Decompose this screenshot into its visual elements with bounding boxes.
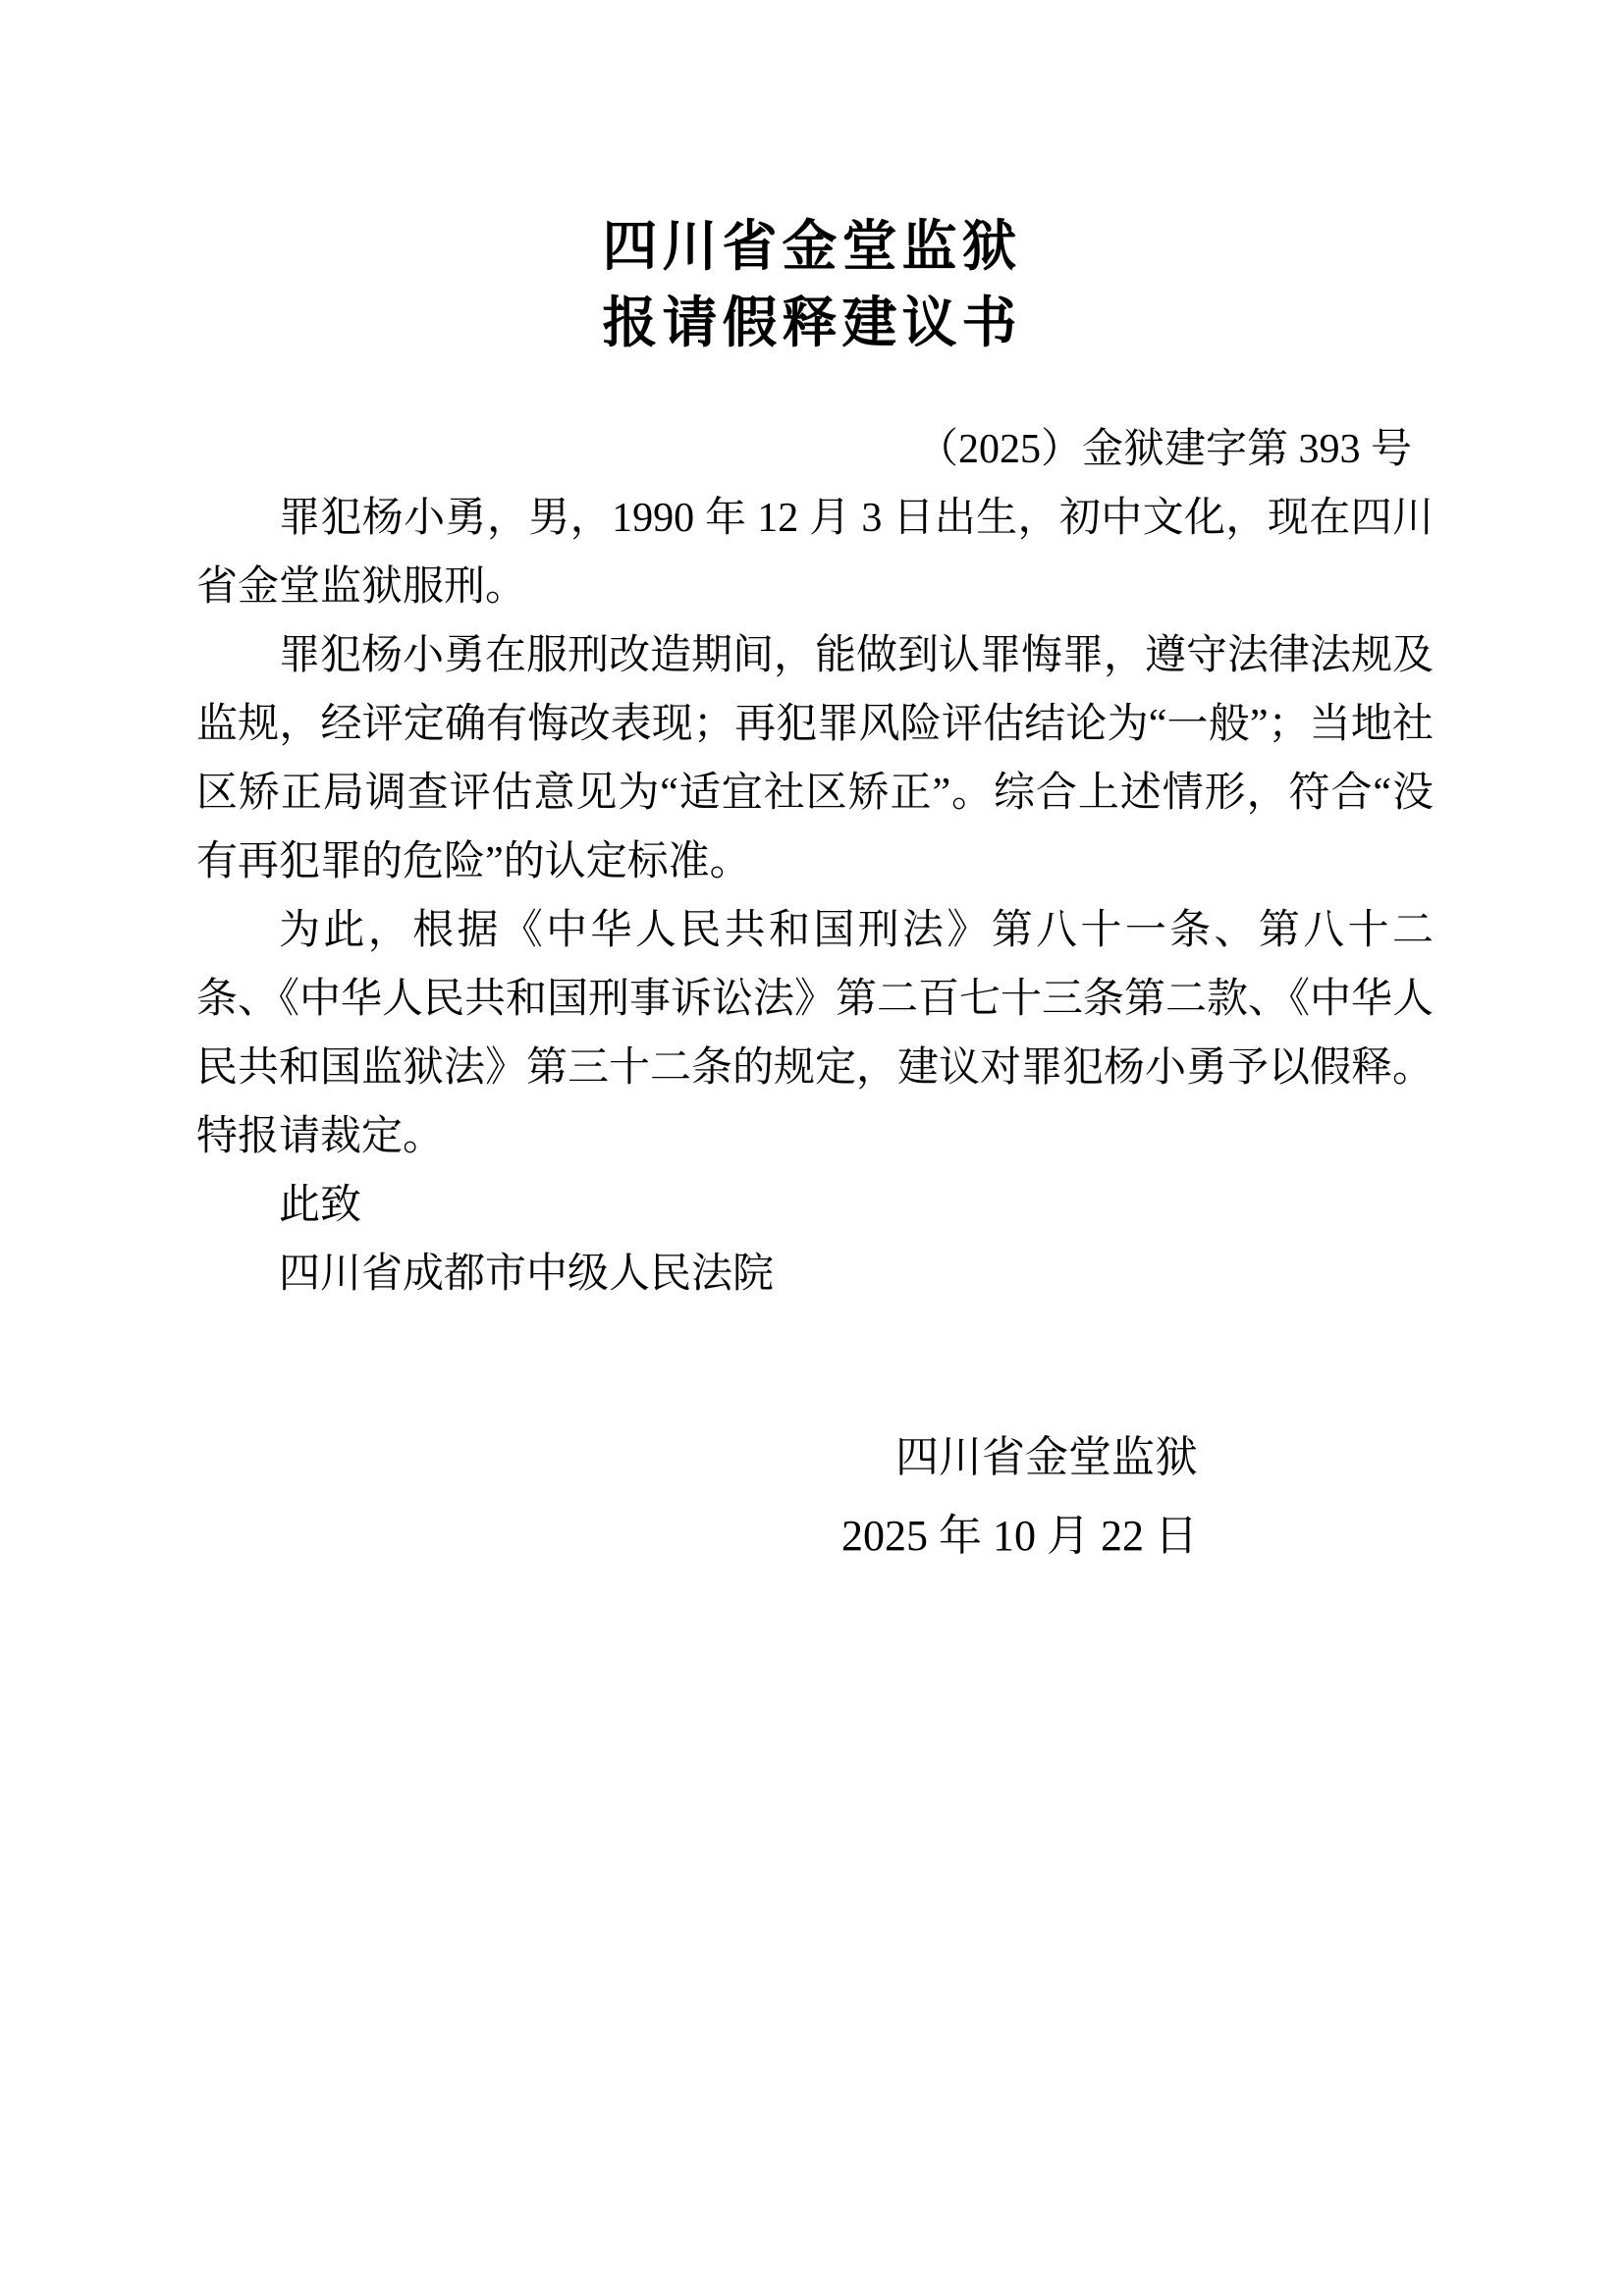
document-page: 四川省金堂监狱 报请假释建议书 （2025）金狱建字第 393 号 罪犯杨小勇，… [0,0,1624,2296]
document-subtitle: 报请假释建议书 [0,285,1624,361]
salutation: 此致 [196,1171,1434,1240]
document-title: 四川省金堂监狱 [0,208,1624,285]
document-title-block: 四川省金堂监狱 报请假释建议书 [0,0,1624,361]
recipient-court: 四川省成都市中级人民法院 [196,1240,1434,1308]
signature-date: 2025 年 10 月 22 日 [196,1497,1198,1575]
document-content: （2025）金狱建字第 393 号 罪犯杨小勇，男，1990 年 12 月 3 … [196,415,1434,1575]
signature-block: 四川省金堂监狱 2025 年 10 月 22 日 [196,1418,1434,1575]
signature-organization: 四川省金堂监狱 [196,1418,1198,1497]
paragraph-legal-basis: 为此，根据《中华人民共和国刑法》第八十一条、第八十二条、《中华人民共和国刑事诉讼… [196,896,1434,1171]
paragraph-assessment: 罪犯杨小勇在服刑改造期间，能做到认罪悔罪，遵守法律法规及监规，经评定确有悔改表现… [196,621,1434,896]
document-body: 罪犯杨小勇，男，1990 年 12 月 3 日出生，初中文化，现在四川省金堂监狱… [196,484,1434,1308]
document-number: （2025）金狱建字第 393 号 [196,415,1434,484]
paragraph-offender-info: 罪犯杨小勇，男，1990 年 12 月 3 日出生，初中文化，现在四川省金堂监狱… [196,484,1434,621]
